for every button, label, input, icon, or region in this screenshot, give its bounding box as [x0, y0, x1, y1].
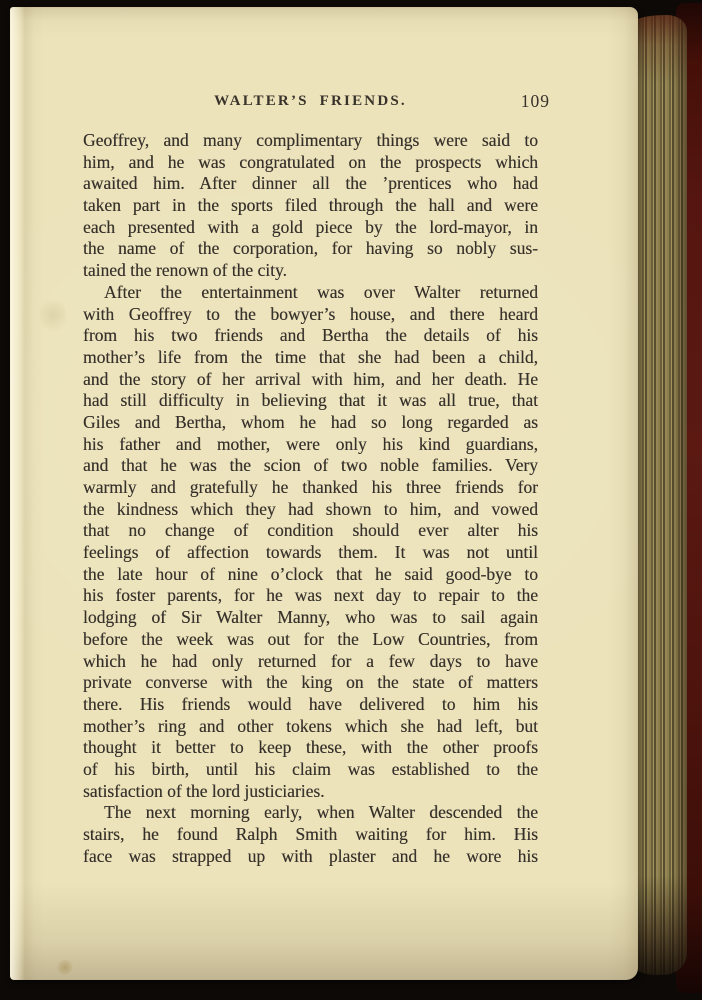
text-line: the name of the corporation, for having … — [83, 238, 538, 260]
text-line: from his two friends and Bertha the deta… — [83, 325, 538, 347]
text-line: with Geoffrey to the bowyer’s house, and… — [83, 304, 538, 326]
text-line: mother’s ring and other tokens which she… — [83, 716, 538, 738]
text-line: mother’s life from the time that she had… — [83, 347, 538, 369]
page-header: WALTER’S FRIENDS. 109 — [83, 93, 538, 115]
page-text: Geoffrey, and many complimentary things … — [83, 130, 538, 867]
text-line: private converse with the king on the st… — [83, 672, 538, 694]
text-line: which he had only returned for a few day… — [83, 651, 538, 673]
text-line: warmly and gratefully he thanked his thr… — [83, 477, 538, 499]
text-line: Giles and Bertha, whom he had so long re… — [83, 412, 538, 434]
text-line: his foster parents, for he was next day … — [83, 585, 538, 607]
text-line: After the entertainment was over Walter … — [83, 282, 538, 304]
text-line: there. His friends would have delivered … — [83, 694, 538, 716]
text-line: Geoffrey, and many complimentary things … — [83, 130, 538, 152]
text-line: and the story of her arrival with him, a… — [83, 369, 538, 391]
text-line: his father and mother, were only his kin… — [83, 434, 538, 456]
book-fore-edge — [631, 15, 687, 975]
text-line: each presented with a gold piece by the … — [83, 217, 538, 239]
text-line: had still difficulty in believing that i… — [83, 390, 538, 412]
text-line: the late hour of nine o’clock that he sa… — [83, 564, 538, 586]
text-line: that no change of condition should ever … — [83, 520, 538, 542]
text-line: lodging of Sir Walter Manny, who was to … — [83, 607, 538, 629]
text-line: before the week was out for the Low Coun… — [83, 629, 538, 651]
text-line: of his birth, until his claim was establ… — [83, 759, 538, 781]
text-line: taken part in the sports filed through t… — [83, 195, 538, 217]
text-line: awaited him. After dinner all the ’prent… — [83, 173, 538, 195]
text-line: feelings of affection towards them. It w… — [83, 542, 538, 564]
page-stain — [40, 295, 66, 335]
text-line: satisfaction of the lord justiciaries. — [83, 781, 538, 803]
text-line: stairs, he found Ralph Smith waiting for… — [83, 824, 538, 846]
text-line: and that he was the scion of two noble f… — [83, 455, 538, 477]
text-line: face was strapped up with plaster and he… — [83, 846, 538, 868]
book-scan: WALTER’S FRIENDS. 109 Geoffrey, and many… — [0, 0, 702, 1000]
text-line: tained the renown of the city. — [83, 260, 538, 282]
text-line: him, and he was congratulated on the pro… — [83, 152, 538, 174]
text-line: the kindness which they had shown to him… — [83, 499, 538, 521]
text-line: thought it better to keep these, with th… — [83, 737, 538, 759]
page-number: 109 — [521, 91, 550, 112]
text-line: The next morning early, when Walter desc… — [83, 802, 538, 824]
page-stain — [57, 960, 73, 975]
running-head: WALTER’S FRIENDS. — [83, 93, 538, 110]
book-page: WALTER’S FRIENDS. 109 Geoffrey, and many… — [10, 7, 638, 980]
